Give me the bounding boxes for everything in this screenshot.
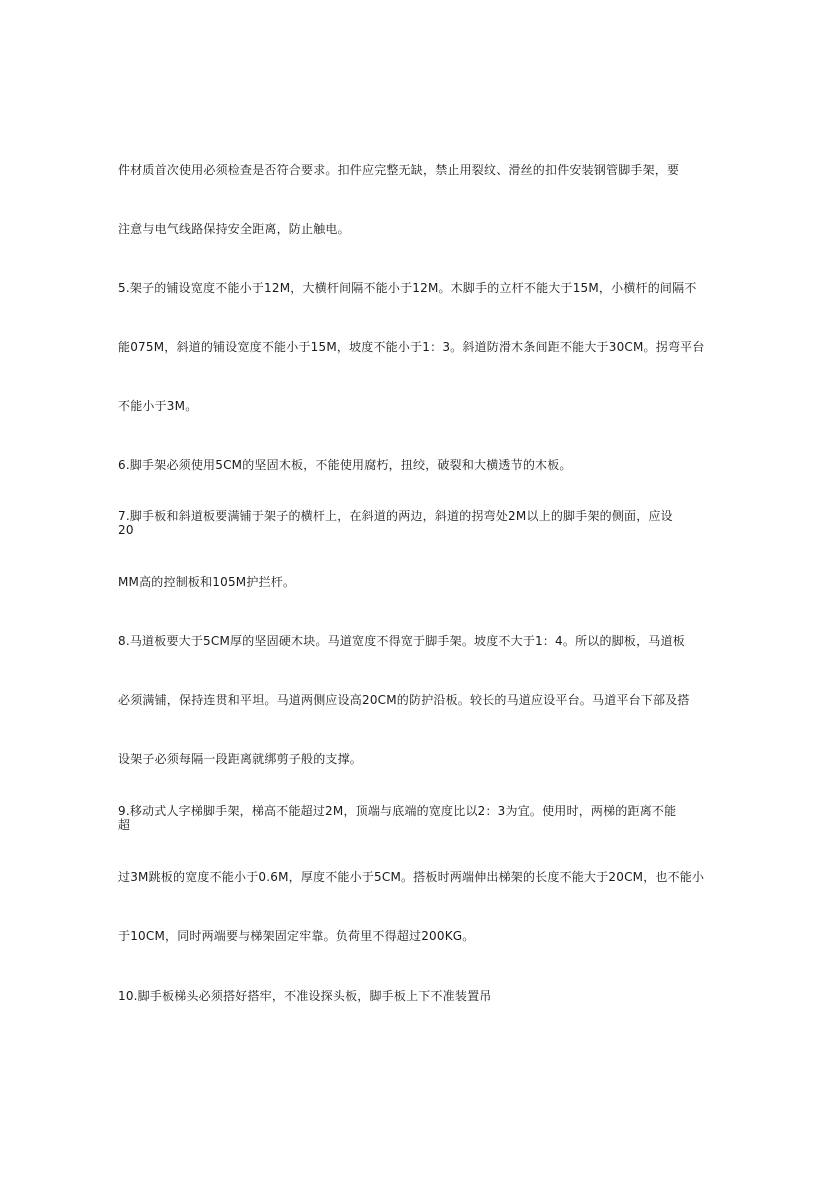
text-line: 不能小于3M。 xyxy=(118,399,728,413)
text-line: 能075M，斜道的铺设宽度不能小于15M，坡度不能小于1：3。斜道防滑木条间距不… xyxy=(118,340,728,354)
text-line: 6.脚手架必须使用5CM的坚固木板，不能使用腐朽，扭绞，破裂和大横透节的木板。 xyxy=(118,458,728,472)
document-page: 件材质首次使用必须检查是否符合要求。扣件应完整无缺，禁止用裂纹、滑丝的扣件安装钢… xyxy=(0,0,838,1186)
text-line: 注意与电气线路保持安全距离，防止触电。 xyxy=(118,222,728,236)
text-line: 超 xyxy=(118,818,728,832)
text-line: MM高的控制板和105M护拦杆。 xyxy=(118,575,728,589)
text-line: 10.脚手板梯头必须搭好搭牢，不准设探头板，脚手板上下不准装置吊 xyxy=(118,989,728,1003)
text-line: 7.脚手板和斜道板要满铺于架子的横杆上，在斜道的两边，斜道的拐弯处2M以上的脚手… xyxy=(118,509,728,523)
text-line: 于10CM，同时两端要与梯架固定牢靠。负荷里不得超过200KG。 xyxy=(118,929,728,943)
text-line: 过3M跳板的宽度不能小于0.6M，厚度不能小于5CM。搭板时两端伸出梯架的长度不… xyxy=(118,870,728,884)
text-line: 设架子必须每隔一段距离就绑剪子般的支撑。 xyxy=(118,752,728,766)
text-line: 9.移动式人字梯脚手架，梯高不能超过2M，顶端与底端的宽度比以2：3为宜。使用时… xyxy=(118,804,728,818)
text-line: 20 xyxy=(118,523,728,537)
text-line: 5.架子的铺设宽度不能小于12M，大横杆间隔不能小于12M。木脚手的立杆不能大于… xyxy=(118,281,728,295)
text-line: 必须满铺，保持连贯和平坦。马道两侧应设高20CM的防护沿板。较长的马道应设平台。… xyxy=(118,693,728,707)
text-line: 件材质首次使用必须检查是否符合要求。扣件应完整无缺，禁止用裂纹、滑丝的扣件安装钢… xyxy=(118,163,728,177)
text-line: 8.马道板要大于5CM厚的坚固硬木块。马道宽度不得宽于脚手架。坡度不大于1：4。… xyxy=(118,634,728,648)
